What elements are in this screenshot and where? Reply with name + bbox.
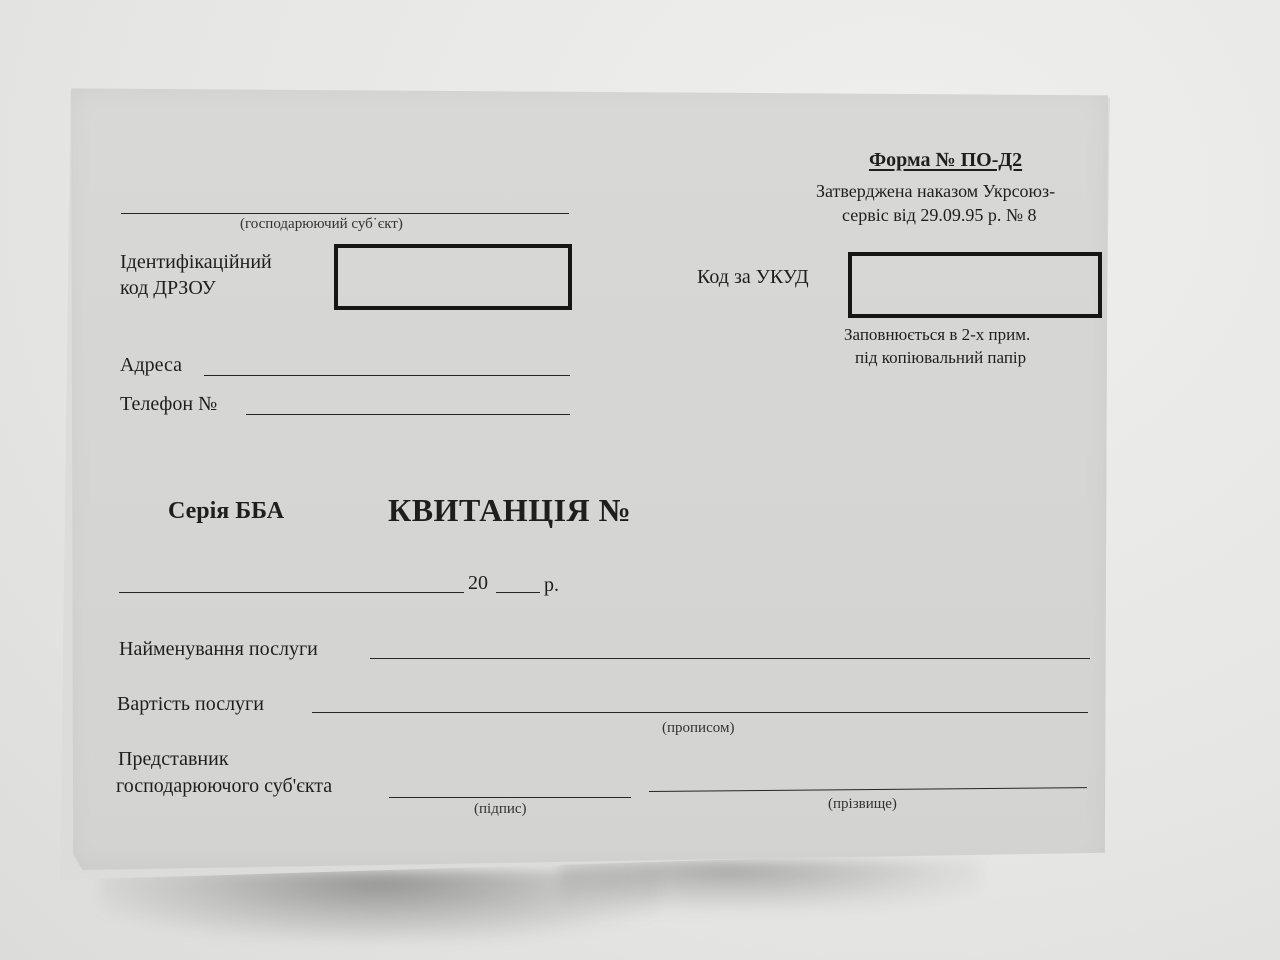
service-cost-label: Вартість послуги [117,693,264,716]
service-cost-field[interactable] [312,712,1088,713]
service-name-label: Найменування послуги [119,638,318,661]
address-field[interactable] [204,375,570,376]
year-field[interactable] [496,592,540,593]
id-code-label-line-2: код ДРЗОУ [120,277,216,300]
approved-line-2: сервіс від 29.09.95 р. № 8 [842,203,1037,227]
id-code-box[interactable] [334,244,572,310]
entity-caption: (господарюючий суб˙єкт) [240,216,403,233]
service-name-field[interactable] [370,658,1090,659]
ukud-label: Код за УКУД [697,266,809,289]
paper-shadow-right [560,860,980,910]
date-field[interactable] [119,592,464,593]
series-label: Серія ББА [168,498,284,525]
surname-field[interactable] [649,787,1087,792]
representative-label-line-1: Представник [118,748,229,771]
signature-field[interactable] [389,797,631,798]
copies-note-line-1: Заповнюється в 2-х прим. [844,324,1030,346]
ukud-code-box[interactable] [848,252,1102,318]
address-label: Адреса [120,354,182,377]
year-prefix: 20 [468,572,488,595]
id-code-label-line-1: Ідентифікаційний [120,251,272,274]
representative-label-line-2: господарюючого суб'єкта [116,775,332,798]
copies-note-line-2: під копіювальний папір [855,347,1026,369]
cost-in-words-caption: (прописом) [662,720,734,737]
phone-label: Телефон № [120,393,217,416]
year-suffix: р. [544,574,559,597]
phone-field[interactable] [246,414,570,415]
approved-line-1: Затверджена наказом Укрсоюз- [816,179,1055,203]
signature-caption: (підпис) [474,801,527,818]
form-number: Форма № ПО-Д2 [869,149,1022,172]
surname-caption: (прізвище) [828,796,897,813]
entity-name-field[interactable] [121,213,569,214]
receipt-form: Форма № ПО-Д2 Затверджена наказом Укрсою… [68,86,1108,870]
receipt-title: КВИТАНЦІЯ № [388,492,631,529]
